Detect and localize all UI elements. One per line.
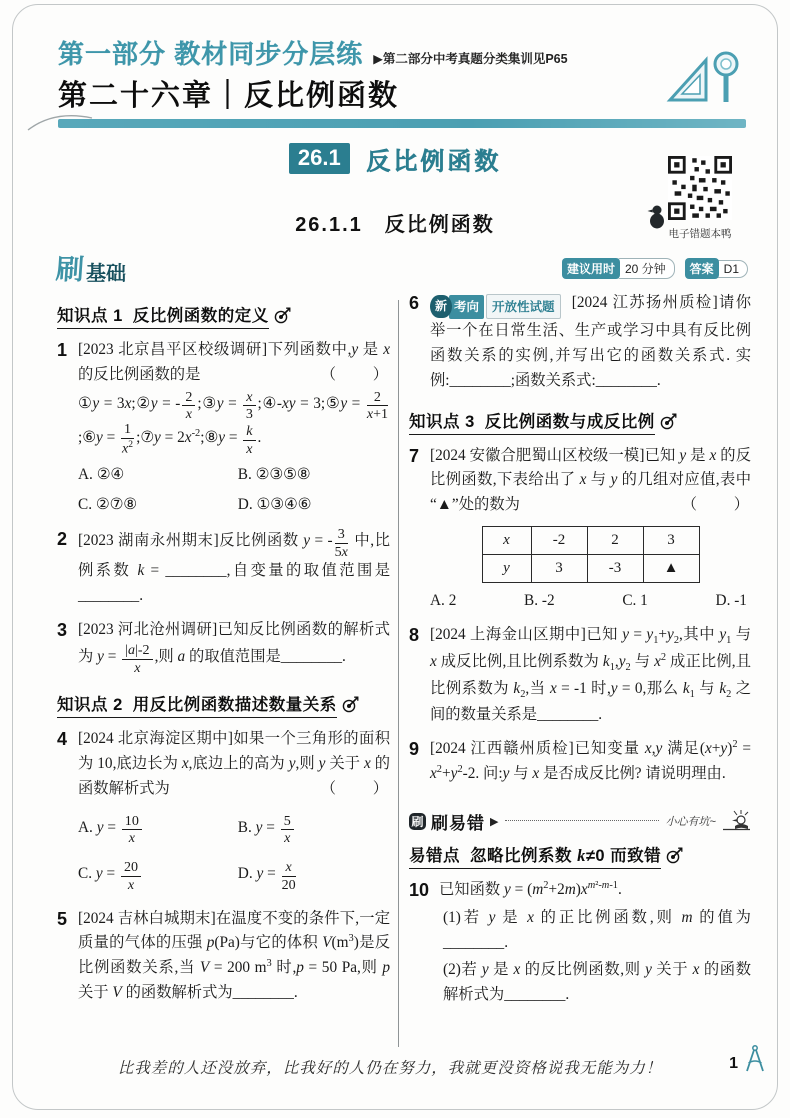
question-number: 4 [57,727,78,892]
part-note: ▶第二部分中考真题分类集训见P65 [373,49,567,71]
knowledge-point-2: 知识点 2用反比例函数描述数量关系 [57,691,390,718]
footer-motto: 比我差的人还没放弃，比我好的人仍在努力，我就更没资格说我无能为力！ [110,1056,670,1078]
option: C. y = 20x [78,860,238,893]
question-number: 8 [409,623,430,729]
option: D. ①③④⑥ [238,493,390,518]
question-number: 2 [57,527,78,609]
question-number: 5 [57,907,78,1006]
badge-new: 新 [430,295,452,318]
dart-target-icon [666,847,683,864]
question-6: 6 新 考向 开放性试题 [2024 江苏扬州质检]请你举一个在日常生活、生产或… [409,291,751,394]
question-text: [2024 上海金山区期中]已知 y = y1+y2,其中 y1 与 x 成反比… [430,623,751,729]
table-cell: ▲ [643,554,699,582]
option: B. -2 [524,589,555,614]
answer-bracket: （ ） [682,493,751,518]
table-cell: -2 [531,526,587,554]
question-text: [2023 河北沧州调研]已知反比例函数的解析式为 y = |a|-2x,则 a… [78,618,390,675]
error-section-header: 刷 刷易错 ▶ 小心有坑~ [409,809,751,834]
option: B. ②③⑤⑧ [238,463,390,488]
meta-badges: 建议用时 20 分钟 答案 D1 [562,258,748,279]
brush-logo-big: 刷 [55,248,86,288]
question-9: 9 [2024 江西赣州质检]已知变量 x,y 满足(x+y)2 = x2+y2… [409,737,751,787]
section-name: 反比例函数 [366,141,501,176]
table-cell: x [482,526,531,554]
duck-in-pit-icon [721,810,751,832]
page-header: 第一部分 教材同步分层练 ▶第二部分中考真题分类集训见P65 第二十六章｜反比例… [58,34,750,128]
answer-ref-value: D1 [717,260,748,278]
formula-list: ①y = 3x;②y = -2x;③y = x3;④-xy = 3;⑤y = 2… [78,390,390,457]
option: C. ②⑦⑧ [78,493,238,518]
dart-target-icon [274,307,291,324]
chapter-underline-bar [58,119,746,128]
triangle-ruler-magnifier-icon [662,48,758,110]
table-cell: y [482,554,531,582]
question-number: 1 [57,338,78,518]
part-title: 第一部分 教材同步分层练 [58,34,363,71]
kp1-title: 反比例函数的定义 [133,307,269,325]
answer-ref-label: 答案 [685,258,719,279]
options: A. ②④ B. ②③⑤⑧ C. ②⑦⑧ D. ①③④⑥ [78,463,390,518]
sub-question-2: (2)若 y 是 x 的反比例函数,则 y 关于 x 的函数解析式为______… [439,958,751,1008]
question-4: 4 [2024 北京海淀区期中]如果一个三角形的面积为 10,底边长为 x,底边… [57,727,390,892]
table-cell: -3 [587,554,643,582]
suggested-time-label: 建议用时 [562,258,620,279]
dart-target-icon [660,413,677,430]
error-prone-point: 易错点忽略比例系数 k≠0 而致错 [409,842,751,869]
kp2-label: 知识点 2 [57,696,123,714]
error-point-label: 易错点 [409,847,460,865]
option: D. -1 [716,589,747,614]
column-divider [398,300,399,1047]
option: C. 1 [622,589,648,614]
knowledge-point-3: 知识点 3反比例函数与成反比例 [409,408,751,435]
suggested-time-value: 20 分钟 [618,258,675,279]
option: D. y = x20 [238,860,390,893]
error-point-title: 忽略比例系数 k≠0 而致错 [470,847,661,865]
qr-block: 电子错题本鸭 [650,156,750,241]
answer-bracket: （ ） [321,777,390,802]
question-7: 7 [2024 安徽合肥蜀山区校级一模]已知 y 是 x 的反比例函数,下表给出… [409,444,751,614]
question-text: [2024 吉林白城期末]在温度不变的条件下,一定质量的气体的压强 p(Pa)与… [78,907,390,1006]
compass-icon [742,1044,768,1074]
kp3-label: 知识点 3 [409,413,475,431]
value-table: x -2 2 3 y 3 -3 ▲ [482,526,700,583]
option: A. y = 10x [78,814,238,847]
question-number: 6 [409,291,430,394]
right-column: 6 新 考向 开放性试题 [2024 江苏扬州质检]请你举一个在日常生活、生产或… [409,291,751,1008]
table-cell: 3 [643,526,699,554]
question-10: 10 已知函数 y = (m2+2m)xm²-m-1. (1)若 y 是 x 的… [409,878,751,1008]
table-row: x -2 2 3 [482,526,699,554]
option: A. ②④ [78,463,238,488]
chapter-title: 第二十六章｜反比例函数 [58,73,750,114]
question-number: 7 [409,444,430,614]
question-8: 8 [2024 上海金山区期中]已知 y = y1+y2,其中 y1 与 x 成… [409,623,751,729]
question-2: 2 [2023 湖南永州期末]反比例函数 y = -35x 中,比例系数 k =… [57,527,390,609]
options: A. y = 10x B. y = 5x C. y = 20x D. y = x… [78,814,390,893]
dart-target-icon [342,696,359,713]
question-3: 3 [2023 河北沧州调研]已知反比例函数的解析式为 y = |a|-2x,则… [57,618,390,675]
question-5: 5 [2024 吉林白城期末]在温度不变的条件下,一定质量的气体的压强 p(Pa… [57,907,390,1006]
brush-basics-logo: 刷 基础 [56,248,126,288]
table-cell: 3 [531,554,587,582]
table-row: y 3 -3 ▲ [482,554,699,582]
arrow-right-icon: ▶ [490,815,498,828]
question-number: 9 [409,737,430,787]
option: B. y = 5x [238,814,390,847]
badge-question-type: 开放性试题 [486,294,561,319]
option: A. 2 [430,589,456,614]
suggested-time-badge: 建议用时 20 分钟 [562,258,675,279]
answer-ref-badge: 答案 D1 [685,258,748,279]
options: A. 2 B. -2 C. 1 D. -1 [430,589,751,614]
new-direction-badge: 新 考向 开放性试题 [430,294,561,319]
caution-note: 小心有坑~ [666,813,716,829]
brush-error-icon: 刷 [409,813,426,830]
answer-bracket: （ ） [321,363,390,388]
kp1-label: 知识点 1 [57,307,123,325]
question-1: 1 [2023 北京昌平区校级调研]下列函数中,y 是 x 的反比例函数的是 （… [57,338,390,518]
badge-kaoxiang: 考向 [449,295,484,319]
kp3-title: 反比例函数与成反比例 [485,413,655,431]
qr-code [668,156,732,220]
kp2-title: 用反比例函数描述数量关系 [133,696,337,714]
question-text: 已知函数 y = (m2+2m)xm²-m-1. [439,878,751,903]
question-text: [2024 江西赣州质检]已知变量 x,y 满足(x+y)2 = x2+y2-2… [430,737,751,787]
left-column: 知识点 1反比例函数的定义 1 [2023 北京昌平区校级调研]下列函数中,y … [57,294,390,1006]
brush-logo-small: 基础 [86,257,126,288]
table-cell: 2 [587,526,643,554]
page-number: 1 [729,1055,738,1073]
section-number-badge: 26.1 [289,143,350,174]
knowledge-point-1: 知识点 1反比例函数的定义 [57,302,390,329]
question-text: [2023 湖南永州期末]反比例函数 y = -35x 中,比例系数 k = _… [78,527,390,609]
sub-question-1: (1)若 y 是 x 的正比例函数,则 m 的值为________. [439,906,751,956]
brush-error-title: 刷易错 [431,809,485,834]
question-number: 10 [409,878,439,1008]
decorative-swoosh [26,108,96,134]
question-number: 3 [57,618,78,675]
duck-icon [646,203,666,229]
dotted-leader [505,820,658,822]
